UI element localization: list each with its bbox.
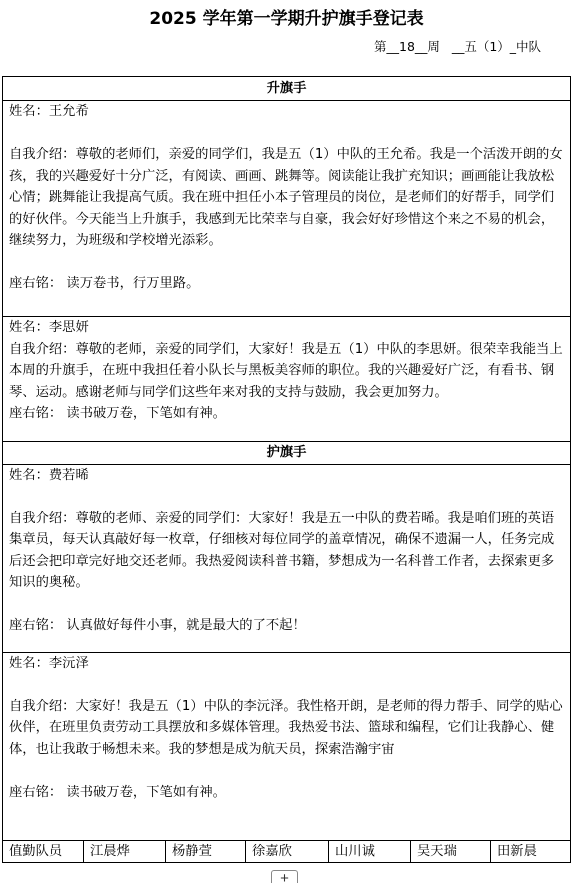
entry-motto: 座右铭： 读书破万卷，下笔如有神。 — [9, 782, 564, 804]
duty-member[interactable]: 吴天瑞 — [411, 840, 491, 863]
entry-intro: 自我介绍：大家好！我是五（1）中队的李沅泽。我性格开朗，是老师的得力帮手、同学的… — [9, 696, 564, 761]
entry-motto: 座右铭： 认真做好每件小事，就是最大的了不起！ — [9, 615, 564, 637]
duty-member[interactable]: 江晨烨 — [84, 840, 166, 863]
duty-member[interactable]: 徐嘉欣 — [246, 840, 329, 863]
duty-members-row: 值勤队员 江晨烨 杨静萱 徐嘉欣 山川诚 吴天瑞 田新晨 — [3, 840, 571, 863]
entry-name: 姓名：李沅泽 — [9, 653, 564, 675]
document-title: 2025 学年第一学期升护旗手登记表 — [0, 4, 573, 29]
duty-member[interactable]: 田新晨 — [491, 840, 571, 863]
entry-motto: 座右铭： 读万卷书，行万里路。 — [9, 273, 564, 295]
entry-intro: 自我介绍：尊敬的老师，亲爱的同学们，大家好！我是五（1）中队的李思妍。很荣幸我能… — [9, 339, 564, 404]
entry-flag-guard-1[interactable]: 姓名：费若晞 自我介绍：尊敬的老师、亲爱的同学们：大家好！我是五一中队的费若晞。… — [3, 464, 571, 652]
duty-member[interactable]: 杨静萱 — [166, 840, 246, 863]
section-heading: 护旗手 — [3, 442, 571, 465]
section-header-flag-guard: 护旗手 — [3, 442, 571, 465]
entry-name: 姓名：费若晞 — [9, 465, 564, 487]
add-row-button[interactable]: + — [271, 870, 298, 883]
duty-member[interactable]: 山川诚 — [329, 840, 411, 863]
section-heading: 升旗手 — [3, 77, 571, 101]
entry-name: 姓名：李思妍 — [9, 317, 564, 339]
duty-label: 值勤队员 — [3, 840, 84, 863]
entry-intro: 自我介绍：尊敬的老师、亲爱的同学们：大家好！我是五一中队的费若晞。我是咱们班的英… — [9, 508, 564, 594]
section-header-flag-raiser: 升旗手 — [3, 77, 571, 101]
entry-flag-guard-2[interactable]: 姓名：李沅泽 自我介绍：大家好！我是五（1）中队的李沅泽。我性格开朗，是老师的得… — [3, 652, 571, 840]
week-class-info: 第__18__周 __五（1）_中队 — [374, 37, 541, 55]
registration-table: 升旗手 姓名：王允希 自我介绍：尊敬的老师们，亲爱的同学们，我是五（1）中队的王… — [2, 76, 571, 863]
entry-flag-raiser-1[interactable]: 姓名：王允希 自我介绍：尊敬的老师们，亲爱的同学们，我是五（1）中队的王允希。我… — [3, 101, 571, 317]
entry-flag-raiser-2[interactable]: 姓名：李思妍 自我介绍：尊敬的老师，亲爱的同学们，大家好！我是五（1）中队的李思… — [3, 317, 571, 442]
entry-motto: 座右铭： 读书破万卷，下笔如有神。 — [9, 403, 564, 425]
entry-name: 姓名：王允希 — [9, 101, 564, 123]
entry-intro: 自我介绍：尊敬的老师们，亲爱的同学们，我是五（1）中队的王允希。我是一个活泼开朗… — [9, 144, 564, 252]
